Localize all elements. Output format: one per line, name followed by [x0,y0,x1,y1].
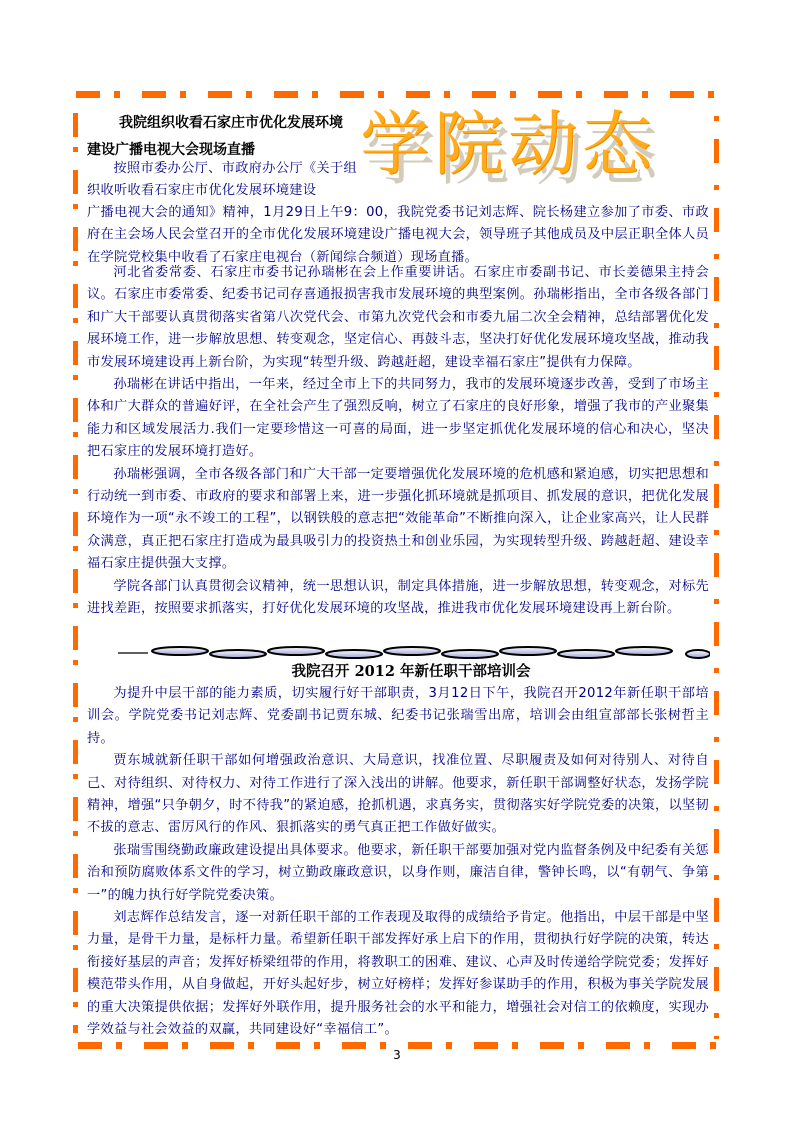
article1-headline-line2: 建设广播电视大会现场直播 [87,139,255,159]
page-border-top [76,91,720,98]
article2-headline: 我院召开 2012 年新任职干部培训会 [0,660,794,681]
newsletter-page: 学院动态 我院组织收看石家庄市优化发展环境 建设广播电视大会现场直播 按照市委办… [0,0,794,1123]
article2-body: 为提升中层干部的能力素质，切实履行好干部职责，3月12日下午，我院召开2012年… [87,683,709,1042]
page-border-left [73,113,78,1033]
masthead-title: 学院动态 [360,104,690,184]
article2-headline-text: 我院召开 2012 年新任职干部培训会 [292,663,531,680]
article1-body: 河北省委常委、石家庄市委书记孙瑞彬在会上作重要讲话。石家庄市委副书记、市长姜德果… [87,262,709,621]
page-number: 3 [0,1048,794,1062]
article2-paragraph: 张瑞雪围绕勤政廉政建设提出具体要求。他要求，新任职干部要加强对党内监督条例及中纪… [87,840,709,907]
page-border-right [714,104,719,1039]
article1-paragraph: 孙瑞彬在讲话中指出，一年来，经过全市上下的共同努力，我市的发展环境逐步改善，受到… [87,374,709,464]
article2-paragraph: 贾东城就新任职干部如何增强政治意识、大局意识，找准位置、尽职履责及如何对待别人、… [87,750,709,840]
article2-paragraph: 刘志辉作总结发言，逐一对新任职干部的工作表现及取得的成绩给予肯定。他指出，中层干… [87,907,709,1041]
swirl-divider-icon [118,645,710,659]
article1-paragraph: 孙瑞彬强调，全市各级各部门和广大干部一定要增强优化发展环境的危机感和紧迫感，切实… [87,464,709,576]
article1-paragraph: 河北省委常委、石家庄市委书记孙瑞彬在会上作重要讲话。石家庄市委副书记、市长姜德果… [87,262,709,374]
article1-headline-line1: 我院组织收看石家庄市优化发展环境 [119,112,343,132]
article1-paragraph: 学院各部门认真贯彻会议精神，统一思想认识，制定具体措施，进一步解放思想，转变观念… [87,576,709,621]
article1-intro-part1: 按照市委办公厅、市政府办公厅《关于组织收听收看石家庄市优化发展环境建设 [87,158,357,203]
article2-paragraph: 为提升中层干部的能力素质，切实履行好干部职责，3月12日下午，我院召开2012年… [87,683,709,750]
article1-intro-part2: 广播电视大会的通知》精神，1月29日上午9：00，我院党委书记刘志辉、院长杨建立… [87,202,709,269]
